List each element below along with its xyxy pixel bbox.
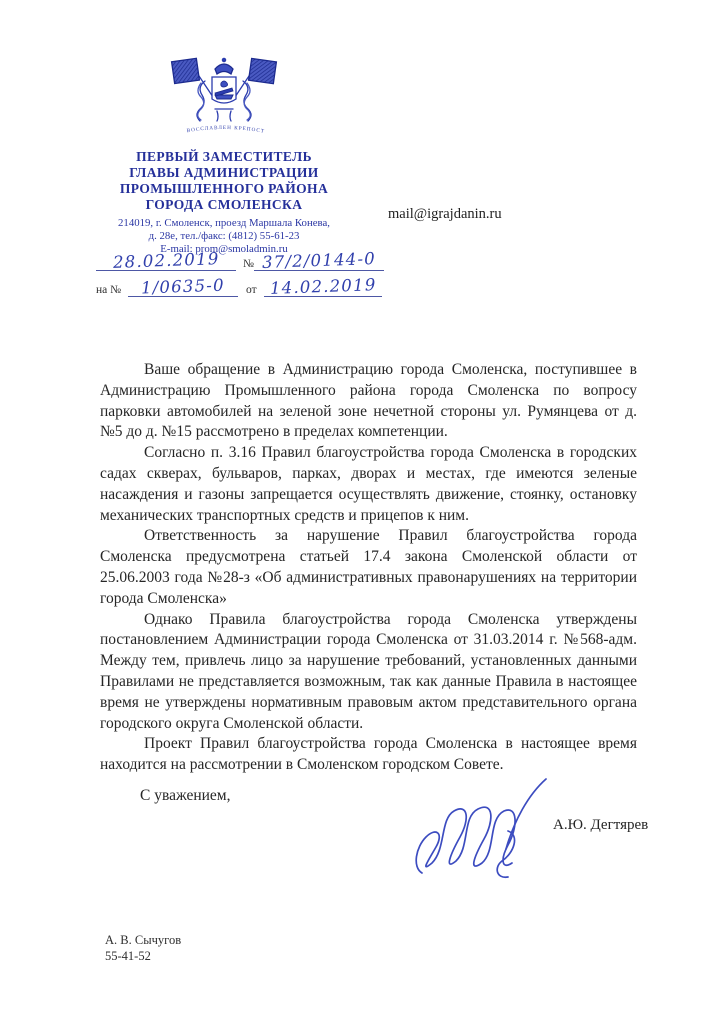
from-label: от [246,284,257,296]
sender-title-line: ГОРОДА СМОЛЕНСКА [98,197,350,213]
executor-phone: 55-41-52 [105,948,181,964]
paragraph: Проект Правил благоустройства города Смо… [100,734,637,776]
reference-block: 28.02.2019 № 37/2/0144-0 на № 1/0635-0 о… [96,248,386,300]
sender-title-line: ГЛАВЫ АДМИНИСТРАЦИИ [98,165,350,181]
smolensk-coat-of-arms-icon: ВОССЛАВЛЕН КРЕПОСТЬЮ [165,55,283,143]
outgoing-number-handwritten: 37/2/0144-0 [262,249,376,272]
incoming-date-handwritten: 14.02.2019 [269,275,376,298]
executor-block: А. В. Сычугов 55-41-52 [105,932,181,964]
incoming-number-handwritten: 1/0635-0 [141,276,225,298]
paragraph: Однако Правила благоустройства города См… [100,610,637,735]
paragraph: Ваше обращение в Администрацию города См… [100,360,637,443]
executor-name: А. В. Сычугов [105,932,181,948]
signer-name: А.Ю. Дегтярев [553,817,648,834]
reference-row-incoming: на № 1/0635-0 от 14.02.2019 [96,274,386,300]
sender-address-line: д. 28е, тел./факс: (4812) 55-61-23 [98,230,350,243]
reply-to-label: на № [96,284,121,296]
incoming-number-field: 1/0635-0 [128,277,238,297]
outgoing-number-field: 37/2/0144-0 [254,251,384,271]
recipient-email: mail@igrajdanin.ru [388,206,502,223]
incoming-date-field: 14.02.2019 [264,277,382,297]
salutation: С уважением, [140,787,231,805]
paragraph: Согласно п. 3.16 Правил благоустройства … [100,443,637,526]
sender-title-line: ПЕРВЫЙ ЗАМЕСТИТЕЛЬ [98,149,350,165]
number-label: № [243,258,254,270]
sender-address-line: 214019, г. Смоленск, проезд Маршала Коне… [98,217,350,230]
sender-title: ПЕРВЫЙ ЗАМЕСТИТЕЛЬ ГЛАВЫ АДМИНИСТРАЦИИ П… [98,149,350,213]
outgoing-date-field: 28.02.2019 [96,251,236,271]
letter-body: Ваше обращение в Администрацию города См… [100,360,637,776]
sender-title-line: ПРОМЫШЛЕННОГО РАЙОНА [98,181,350,197]
reference-row-outgoing: 28.02.2019 № 37/2/0144-0 [96,248,386,274]
signature-icon [410,775,560,885]
scanned-letter-page: ВОССЛАВЛЕН КРЕПОСТЬЮ ПЕРВЫЙ ЗАМЕСТИТЕЛЬ … [0,0,723,1024]
letterhead: ВОССЛАВЛЕН КРЕПОСТЬЮ ПЕРВЫЙ ЗАМЕСТИТЕЛЬ … [98,55,350,256]
paragraph: Ответственность за нарушение Правил благ… [100,526,637,609]
outgoing-date-handwritten: 28.02.2019 [112,249,219,272]
